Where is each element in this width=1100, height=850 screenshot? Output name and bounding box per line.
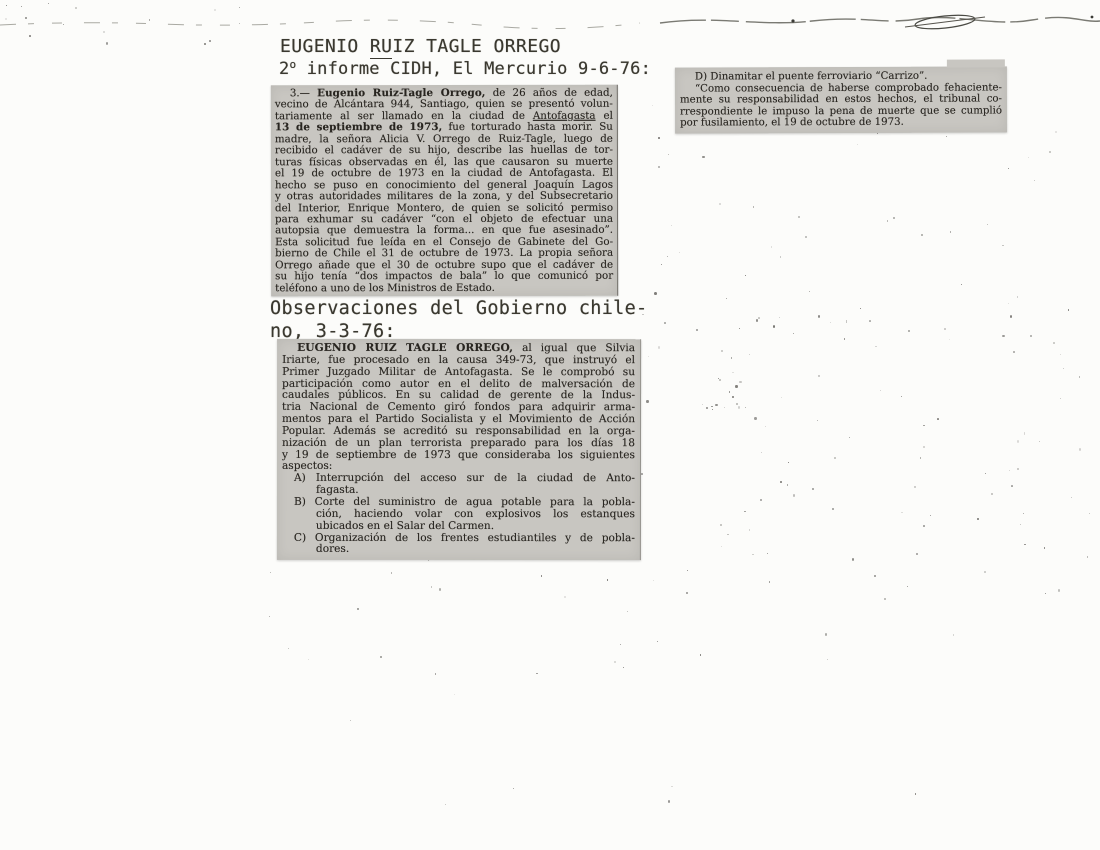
text-line: teléfono a uno de los Ministros de Estad… (275, 282, 613, 294)
list-item-c-continuation: dores. (316, 544, 635, 556)
text-segment: fue torturado hasta morir. Su (442, 121, 613, 133)
text-line: por fusilamiento, el 19 de octubre de 19… (680, 117, 1002, 130)
news-clipping-cidh-report: 3.— Eugenio Ruiz-Tagle Orrego, de 26 año… (271, 85, 618, 297)
subtitle-informe-cidh: 2o informe CIDH, El Mercurio 9-6-76: (279, 58, 651, 79)
text-line: mente su responsabilidad en estos hechos… (680, 94, 1002, 107)
observations-heading-line1: Observaciones del Gobierno chile- (270, 298, 647, 321)
scanned-document-page: EUGENIO RUIZ TAGLE ORREGO 2o informe CID… (0, 0, 1100, 850)
bold-date-segment: 13 de septiembre de 1973, (275, 121, 442, 133)
title-segment: EUGENIO (280, 36, 370, 57)
bold-name-segment: EUGENIO RUIZ TAGLE ORREGO, (297, 342, 513, 354)
title-underlined-segment: RU (370, 36, 392, 59)
observations-heading: Observaciones del Gobierno chile- no, 3-… (270, 298, 647, 343)
subtitle-text: informe CIDH, El Mercurio 9-6-76: (296, 59, 651, 79)
text-line: Primer Juzgado Militar de Antofagasta. S… (282, 367, 635, 379)
list-item-b-continuation: ubicados en el Salar del Carmen. (316, 521, 635, 533)
news-clipping-sentence: D) Dinamitar el puente ferroviario “Carr… (675, 66, 1007, 133)
subtitle-number: 2 (279, 59, 289, 79)
page-title: EUGENIO RUIZ TAGLE ORREGO (280, 36, 561, 57)
title-segment: IZ TAGLE ORREGO (392, 36, 561, 57)
text-line: y 19 de septiembre de 1973 que considera… (282, 449, 635, 461)
text-segment: al igual que Silvia (513, 342, 635, 354)
news-clipping-government-observations: EUGENIO RUIZ TAGLE ORREGO, al igual que … (277, 339, 641, 560)
